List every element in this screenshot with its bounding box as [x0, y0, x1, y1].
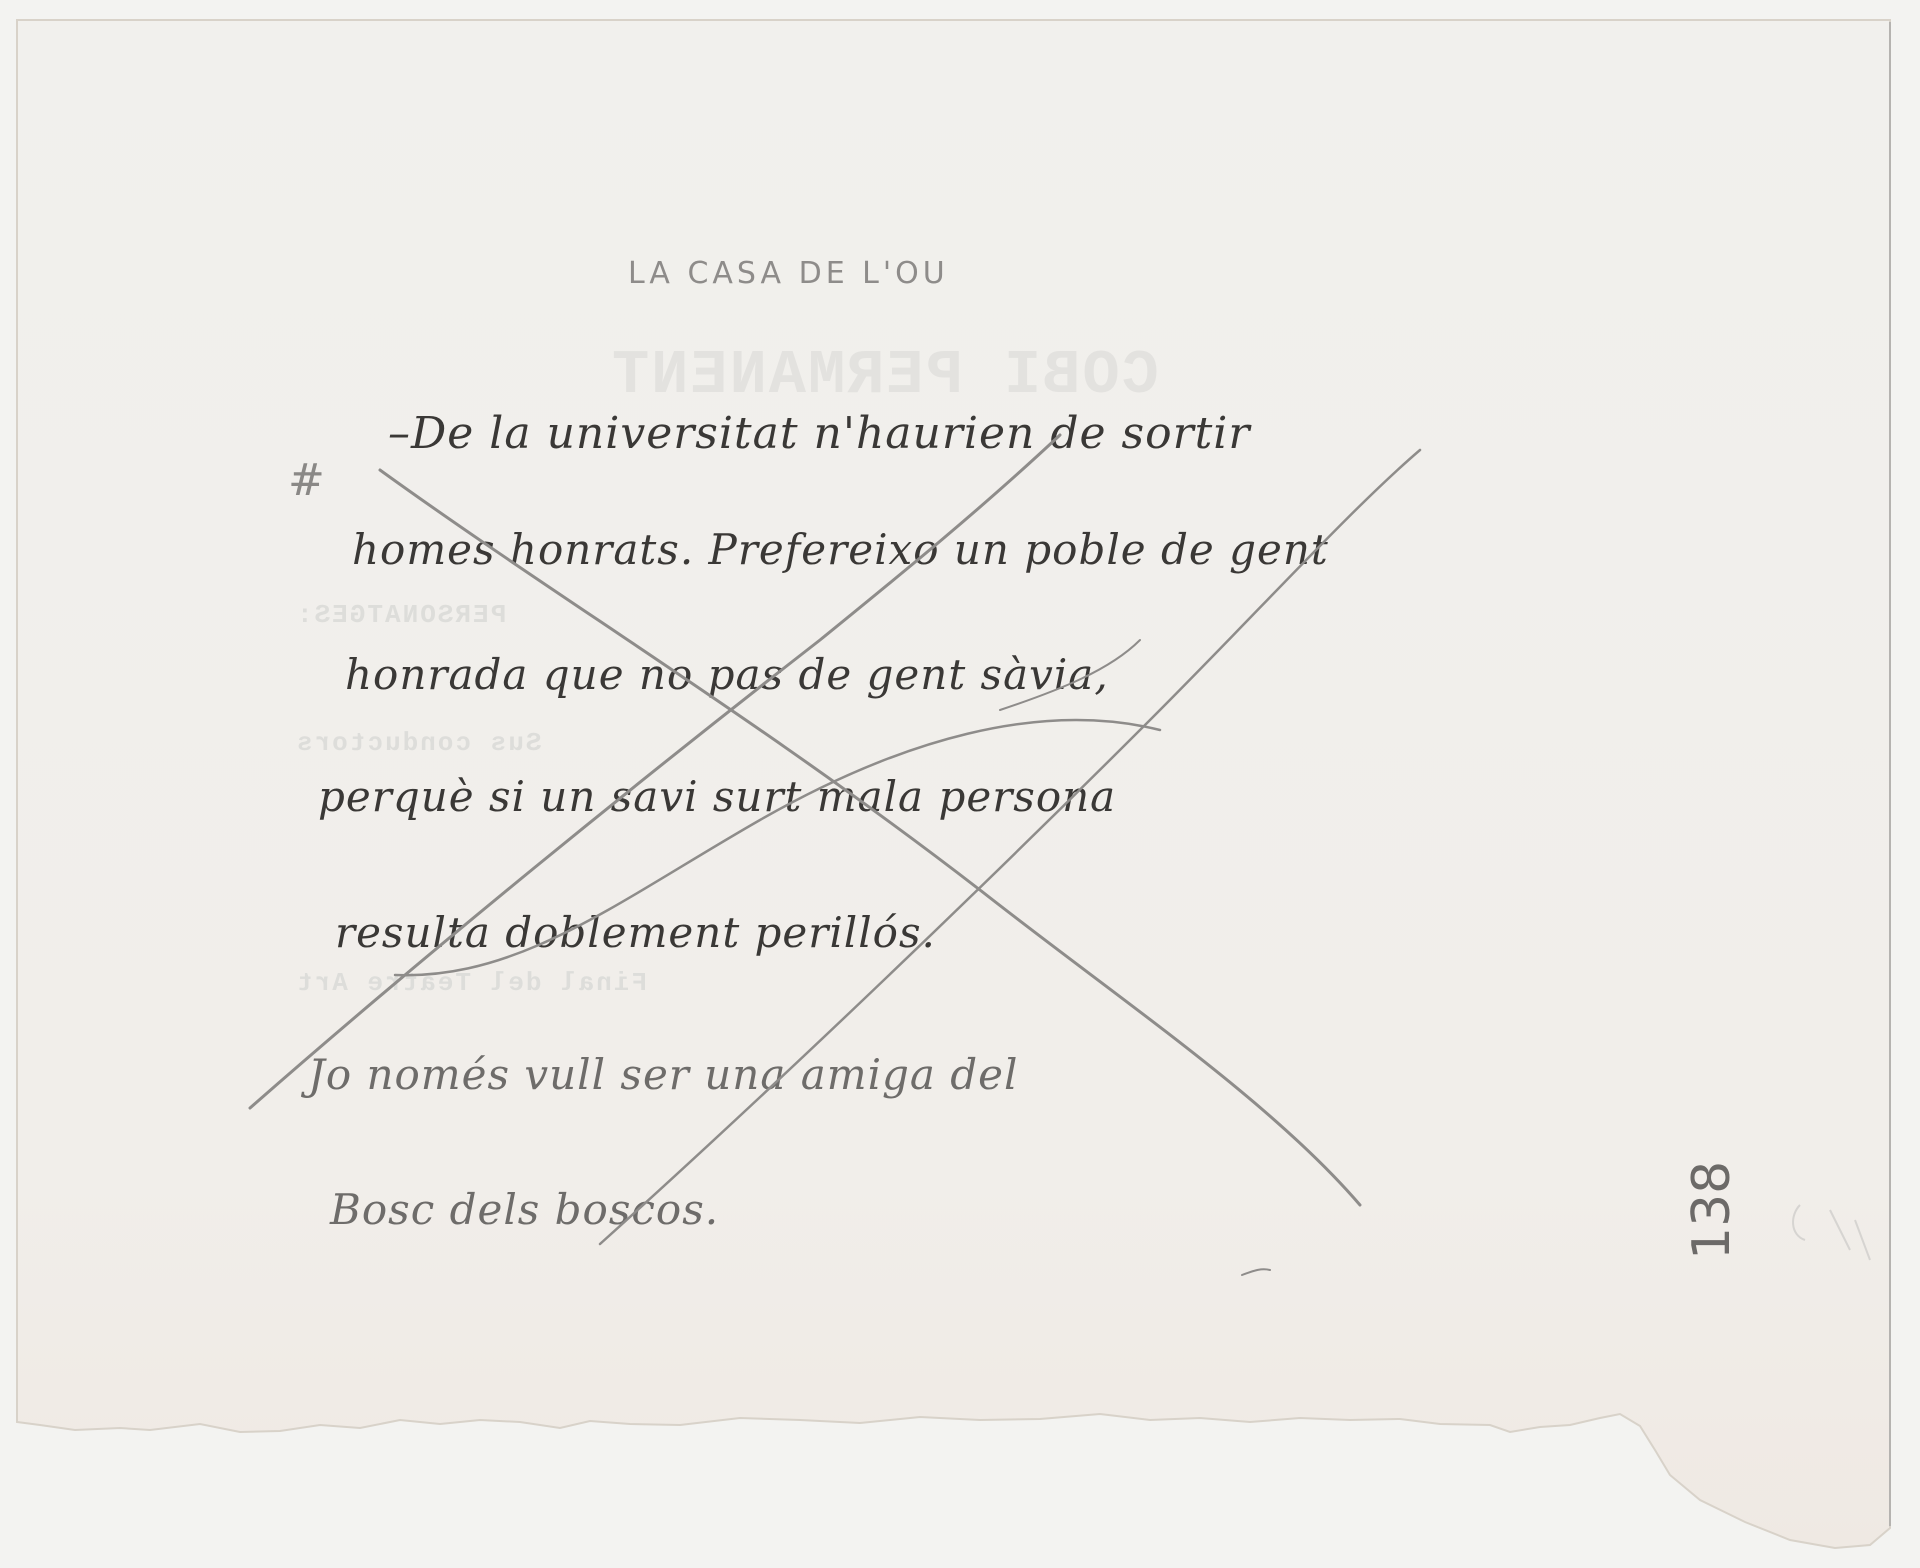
handwritten-line-6: Jo només vull ser una amiga del — [308, 1050, 1018, 1099]
handwritten-line-3: honrada que no pas de gent sàvia, — [345, 650, 1109, 699]
handwritten-line-7: Bosc dels boscos. — [330, 1185, 719, 1234]
handwritten-line-2: homes honrats. Prefereixo un poble de ge… — [352, 525, 1329, 574]
margin-hash-mark: # — [288, 455, 326, 506]
handwritten-line-5: resulta doblement perillós. — [335, 908, 936, 957]
show-through-line: Sus conductors — [295, 728, 541, 758]
handwritten-line-1: –De la universitat n'haurien de sortir — [388, 408, 1250, 459]
handwritten-line-4: perquè si un savi surt mala persona — [318, 772, 1116, 821]
show-through-heading: COBI PERMANENT — [610, 340, 1159, 411]
show-through-line: Final del Teatre Art — [295, 968, 647, 998]
document-title: LA CASA DE L'OU — [628, 256, 949, 291]
show-through-line: PERSONATGES: — [295, 600, 506, 630]
page-number: 138 — [1682, 1161, 1742, 1260]
